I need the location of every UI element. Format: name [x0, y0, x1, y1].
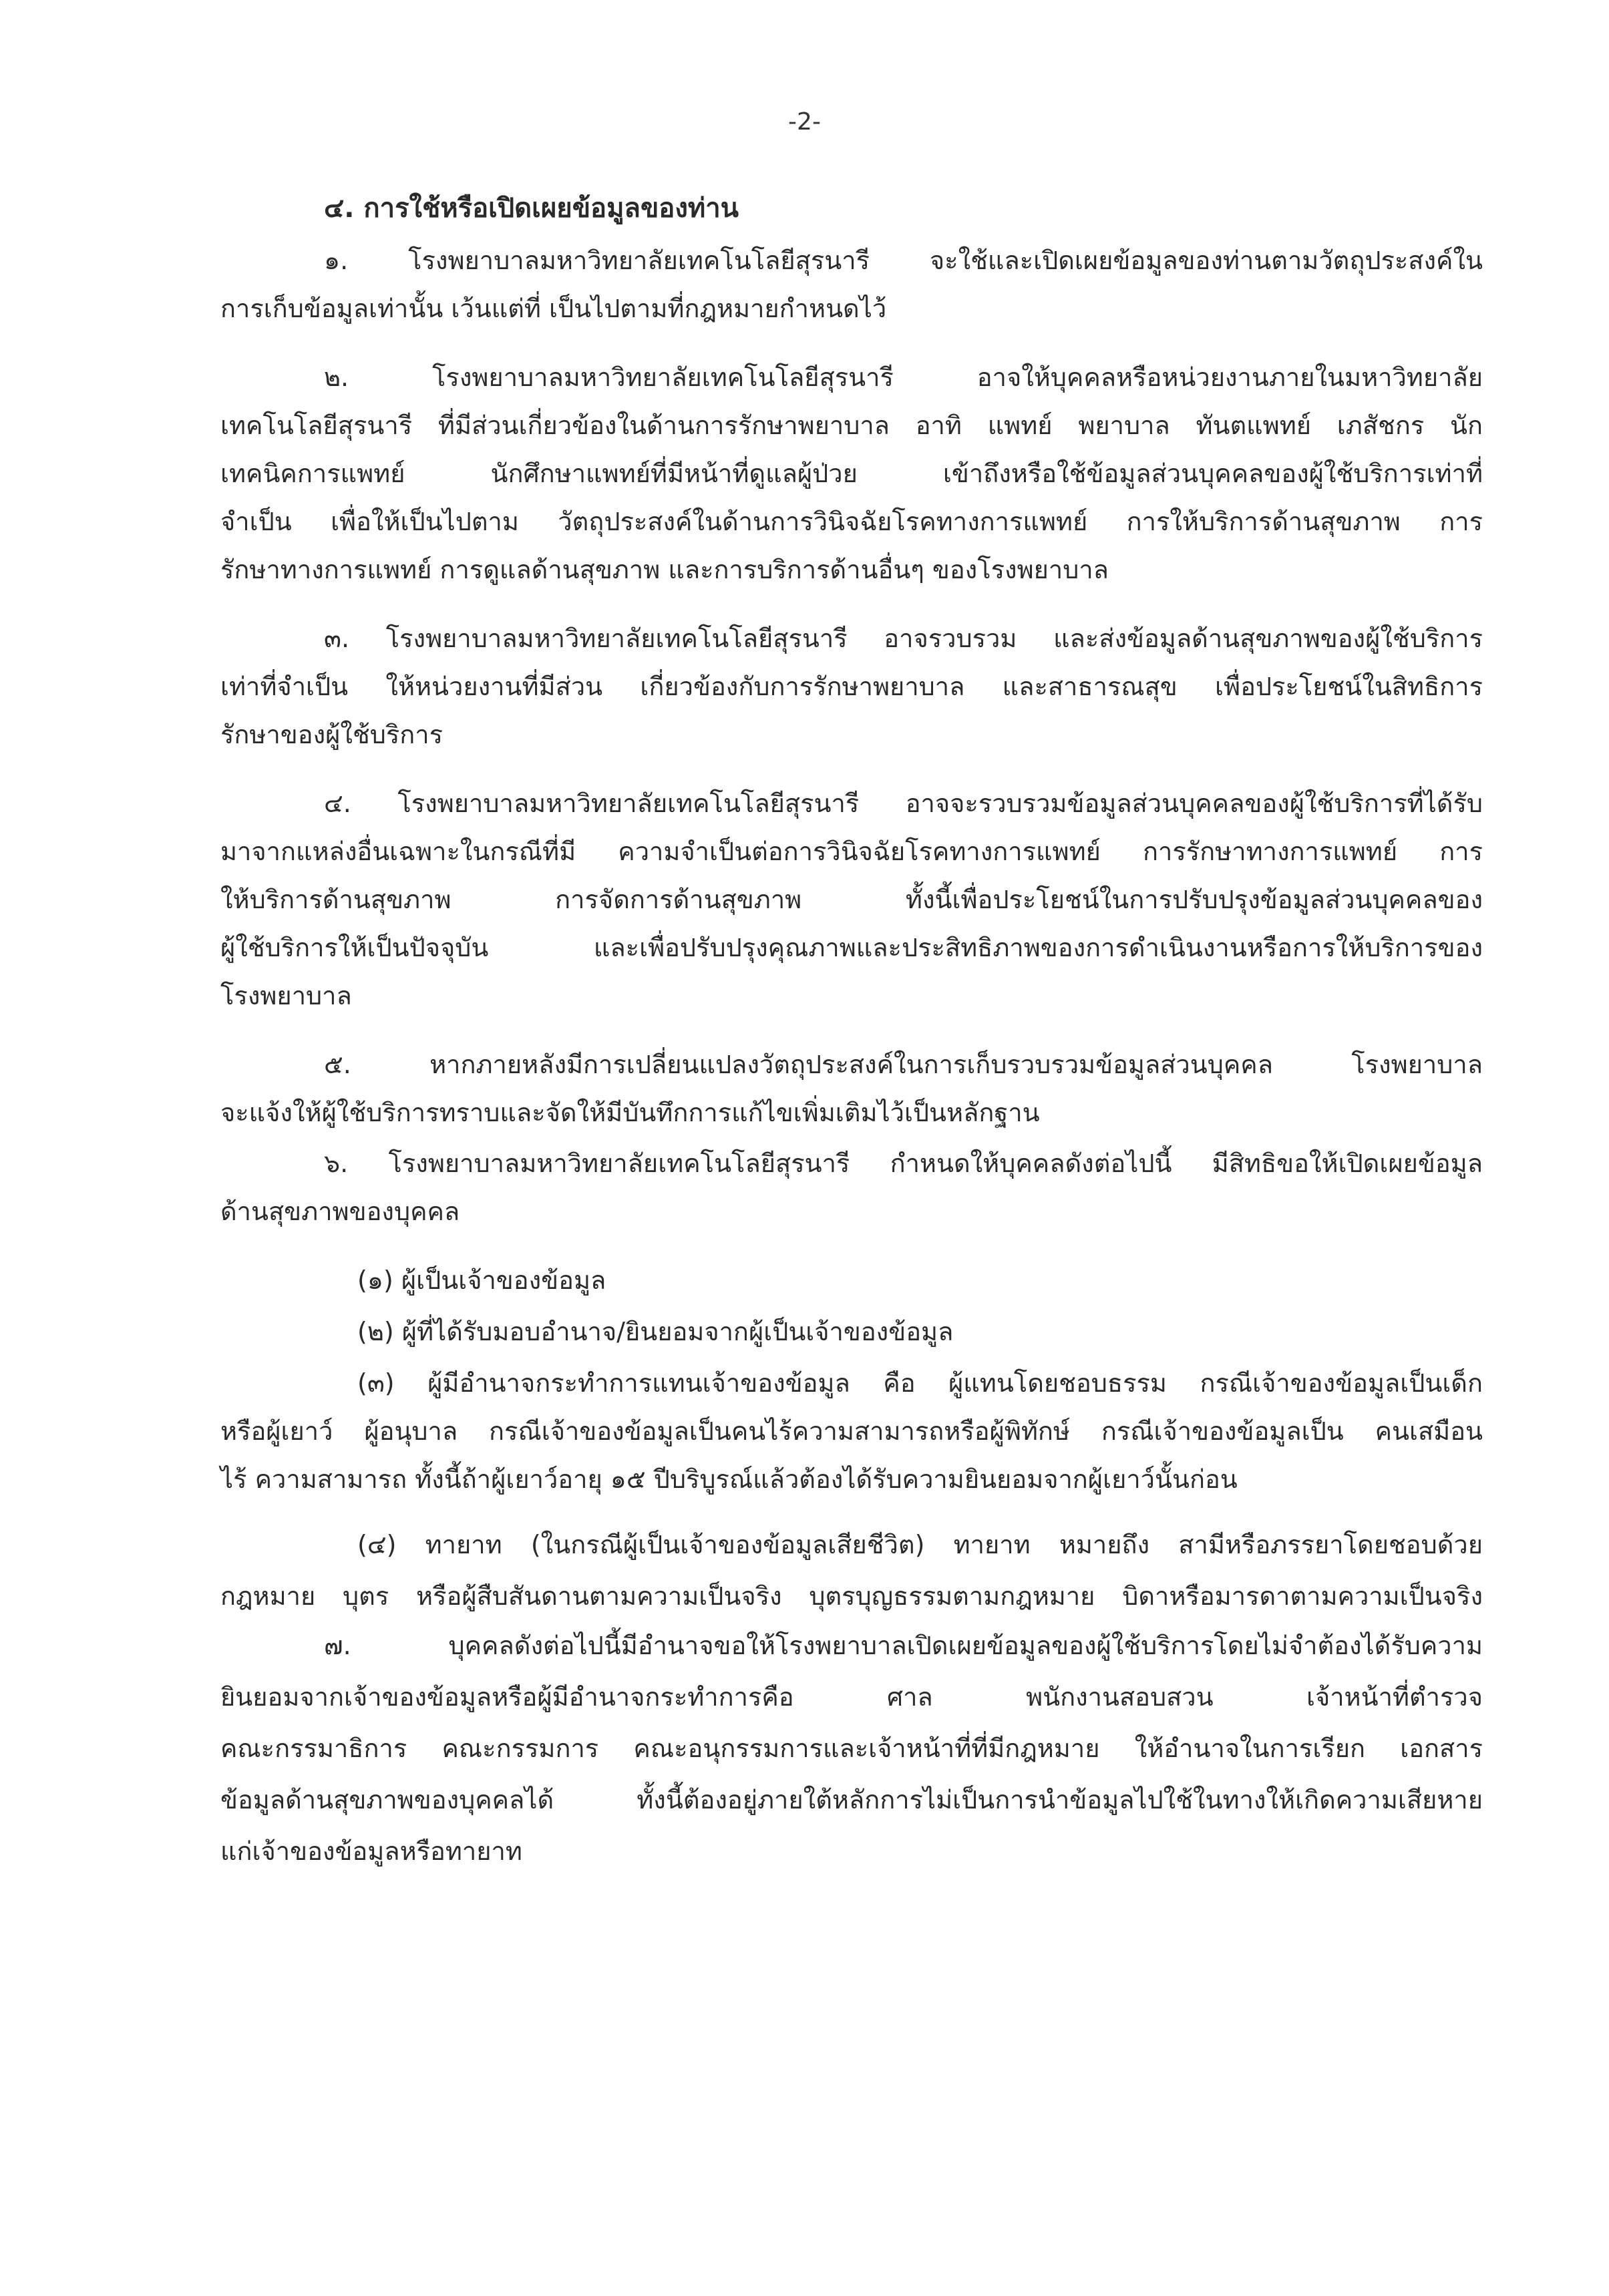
paragraph-line: ข้อมูลด้านสุขภาพของบุคคลได้ ทั้งนี้ต้องอ…	[220, 1780, 1483, 1820]
paragraph-line: คณะกรรมาธิการ คณะกรรมการ คณะอนุกรรมการแล…	[220, 1728, 1483, 1768]
list-item-line: (๓) ผู้มีอำนาจกระทำการแทนเจ้าของข้อมูล ค…	[357, 1363, 1483, 1403]
paragraph-line: มาจากแหล่งอื่นเฉพาะในกรณีที่มี ความจำเป็…	[220, 831, 1483, 872]
list-item-line: (๒) ผู้ที่ได้รับมอบอำนาจ/ยินยอมจากผู้เป็…	[357, 1312, 1483, 1352]
paragraph-line: ด้านสุขภาพของบุคคล	[220, 1191, 1483, 1231]
paragraph-line: ให้บริการด้านสุขภาพ การจัดการด้านสุขภาพ …	[220, 880, 1483, 920]
paragraph-line: โรงพยาบาล	[220, 976, 1483, 1016]
paragraph-line: การเก็บข้อมูลเท่านั้น เว้นแต่ที่ เป็นไปต…	[220, 289, 1483, 329]
paragraph-line: ไร้ ความสามารถ ทั้งนี้ถ้าผู้เยาว์อายุ ๑๕…	[220, 1459, 1483, 1499]
paragraph-line: แก่เจ้าของข้อมูลหรือทายาท	[220, 1831, 1483, 1871]
paragraph-line: จะแจ้งให้ผู้ใช้บริการทราบและจัดให้มีบันท…	[220, 1093, 1483, 1133]
paragraph-line: ๗. บุคคลดังต่อไปนี้มีอำนาจขอให้โรงพยาบาล…	[324, 1625, 1483, 1666]
paragraph-line: เทคนิคการแพทย์ นักศึกษาแพทย์ที่มีหน้าที่…	[220, 453, 1483, 494]
paragraph-line: ๔. โรงพยาบาลมหาวิทยาลัยเทคโนโลยีสุรนารี …	[324, 783, 1483, 823]
paragraph-line: ๒. โรงพยาบาลมหาวิทยาลัยเทคโนโลยีสุรนารี …	[324, 357, 1483, 397]
paragraph-line: จำเป็น เพื่อให้เป็นไปตาม วัตถุประสงค์ในด…	[220, 502, 1483, 542]
paragraph-line: รักษาทางการแพทย์ การดูแลด้านสุขภาพ และกา…	[220, 550, 1483, 590]
paragraph-line: รักษาของผู้ใช้บริการ	[220, 715, 1483, 755]
paragraph-line: ๖. โรงพยาบาลมหาวิทยาลัยเทคโนโลยีสุรนารี …	[324, 1143, 1483, 1183]
list-item-line: (๔) ทายาท (ในกรณีผู้เป็นเจ้าของข้อมูลเสี…	[357, 1525, 1483, 1565]
paragraph-line: เทคโนโลยีสุรนารี ที่มีส่วนเกี่ยวข้องในด้…	[220, 405, 1483, 445]
page-number: -2-	[0, 106, 1609, 139]
paragraph-line: ผู้ใช้บริการให้เป็นปัจจุบัน และเพื่อปรับ…	[220, 928, 1483, 968]
paragraph-line: ๑. โรงพยาบาลมหาวิทยาลัยเทคโนโลยีสุรนารี …	[324, 240, 1483, 280]
section-heading: ๔. การใช้หรือเปิดเผยข้อมูลของท่าน	[324, 188, 739, 228]
paragraph-line: ยินยอมจากเจ้าของข้อมูลหรือผู้มีอำนาจกระท…	[220, 1677, 1483, 1717]
list-item-line: (๑) ผู้เป็นเจ้าของข้อมูล	[357, 1260, 1483, 1300]
paragraph-line: กฎหมาย บุตร หรือผู้สืบสันดานตามความเป็นจ…	[220, 1576, 1483, 1616]
paragraph-line: ๓. โรงพยาบาลมหาวิทยาลัยเทคโนโลยีสุรนารี …	[324, 618, 1483, 658]
paragraph-line: หรือผู้เยาว์ ผู้อนุบาล กรณีเจ้าของข้อมูล…	[220, 1411, 1483, 1451]
paragraph-line: เท่าที่จำเป็น ให้หน่วยงานที่มีส่วน เกี่ย…	[220, 666, 1483, 707]
paragraph-line: ๕. หากภายหลังมีการเปลี่ยนแปลงวัตถุประสงค…	[324, 1044, 1483, 1085]
